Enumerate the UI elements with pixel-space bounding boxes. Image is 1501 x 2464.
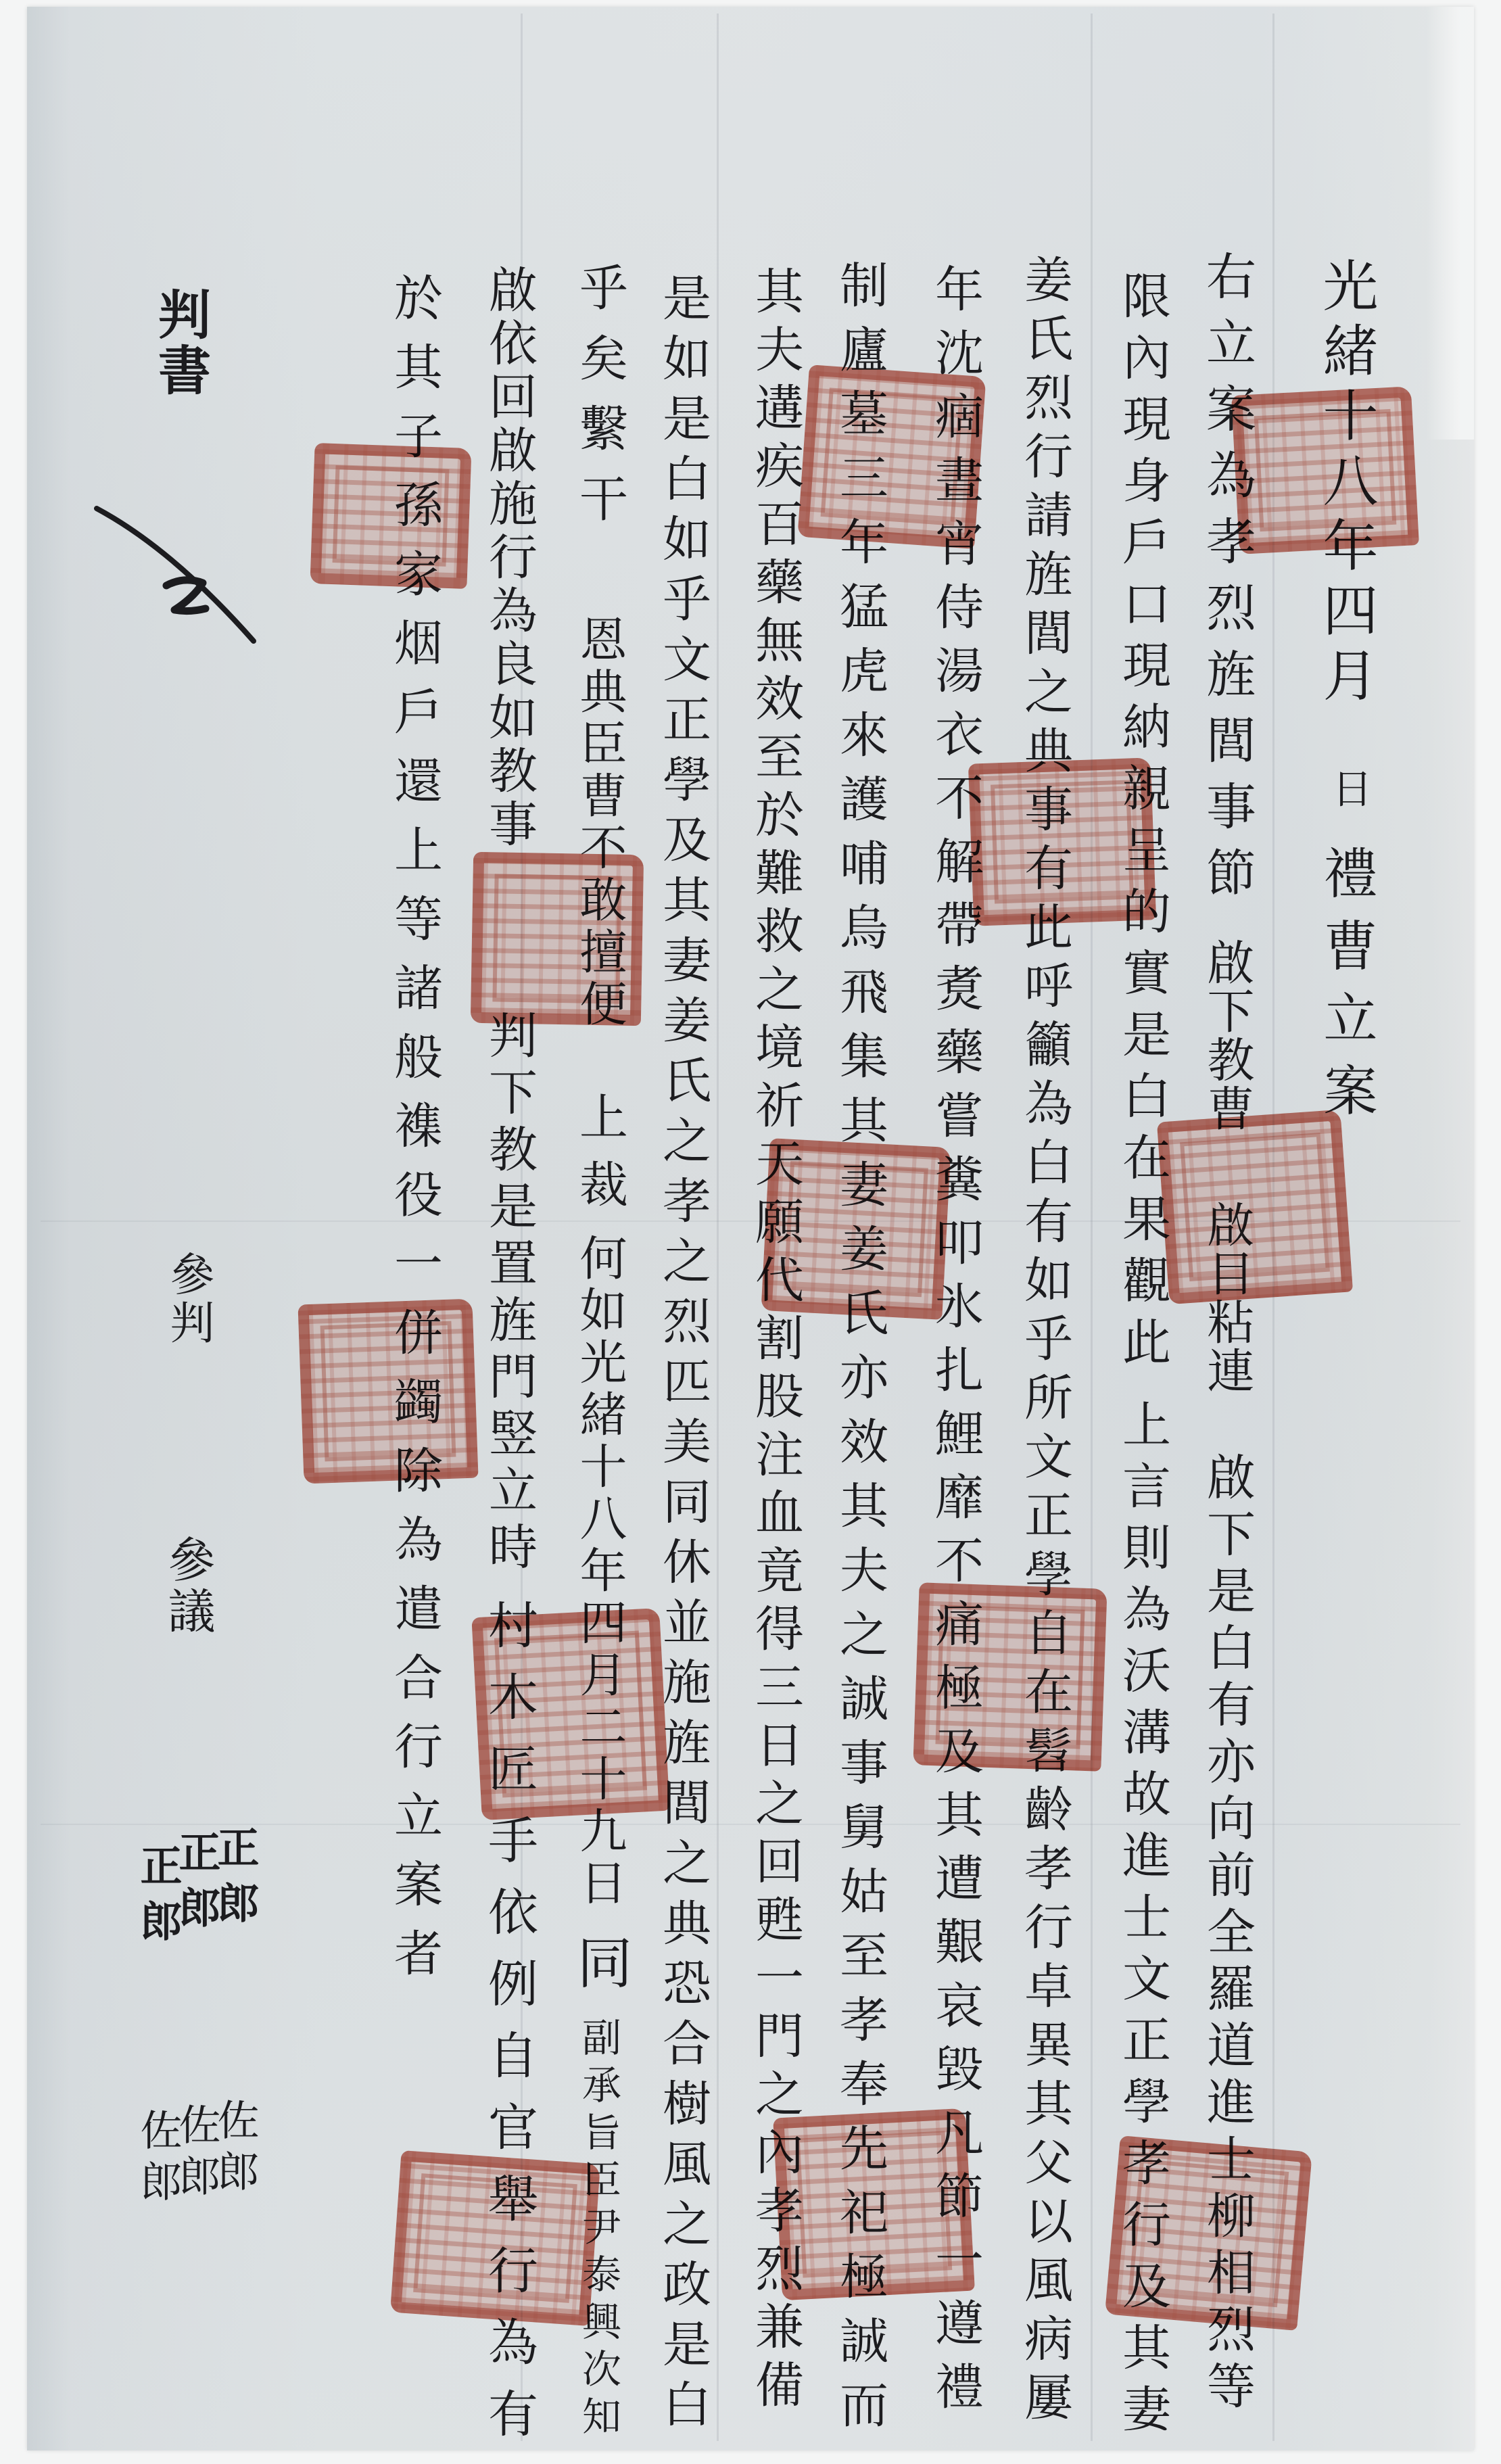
text-column-segment: 是如是白如乎文正學及其妻姜氏之孝之烈匹美同休並施旌閭之典恐合樹風之政是白 [659,273,707,2439]
text-column-segment: 姜氏烈行請旌閭之典事有此呼籲為白有如乎所文正學自在髫齡孝行卓異其父以風病屢 [1020,254,1069,2431]
issue-day: 日 [1329,767,1369,808]
seal-stamp-icon [297,1299,478,1484]
seal-stamp-icon [390,2150,600,2326]
official-title-jwarang: 佐郎 [137,2108,178,2211]
seal-stamp-icon [471,1608,669,1820]
fold-crease [1091,14,1093,2441]
seal-stamp-icon [761,1138,951,1320]
seal-stamp-icon [1157,1110,1353,1304]
text-column-segment: 年沈痼晝宵侍湯衣不解帶煑藥嘗糞叩氷扎鯉靡不痛極及其遭艱哀毀凡節一遵禮 [931,264,980,2425]
seal-stamp-icon [471,852,644,1026]
text-column-segment: 其夫遘疾百藥無效至於難救之境祈天願代割股注血竟得三日之回甦一門之內孝烈兼備 [751,266,800,2417]
seal-stamp-icon [1231,386,1419,554]
text-column-segment: 啟依回啟施行為良如教事 [485,264,533,852]
issuing-office: 禮曹立案 [1318,845,1373,1135]
signature-mark-icon [0,0,284,676]
royal-decision-text: 上裁 [575,1091,624,1227]
text-column-segment: 判下教是置旌門竪立時 [485,1010,533,1578]
text-column-segment: 右立案為孝烈旌閭事節 [1202,250,1252,913]
seal-stamp-icon [913,1582,1107,1772]
official-title-jeongnang: 正郎 [137,1844,178,1955]
text-column-segment: 啟下教曹 [1204,938,1251,1133]
fold-crease [717,14,719,2441]
seal-stamp-icon [1105,2135,1312,2331]
text-column-segment: 乎矣繫干 [575,262,624,544]
seal-stamp-icon [968,757,1156,926]
official-title-chamui: 參議 [164,1535,212,1638]
seal-stamp-icon [773,2108,975,2301]
paper-fold [1427,7,1474,440]
seal-stamp-icon [797,364,986,549]
seal-stamp-icon [310,443,471,589]
text-column-segment: 同 [572,1934,627,1989]
official-title-champan: 參判 [166,1251,210,1348]
